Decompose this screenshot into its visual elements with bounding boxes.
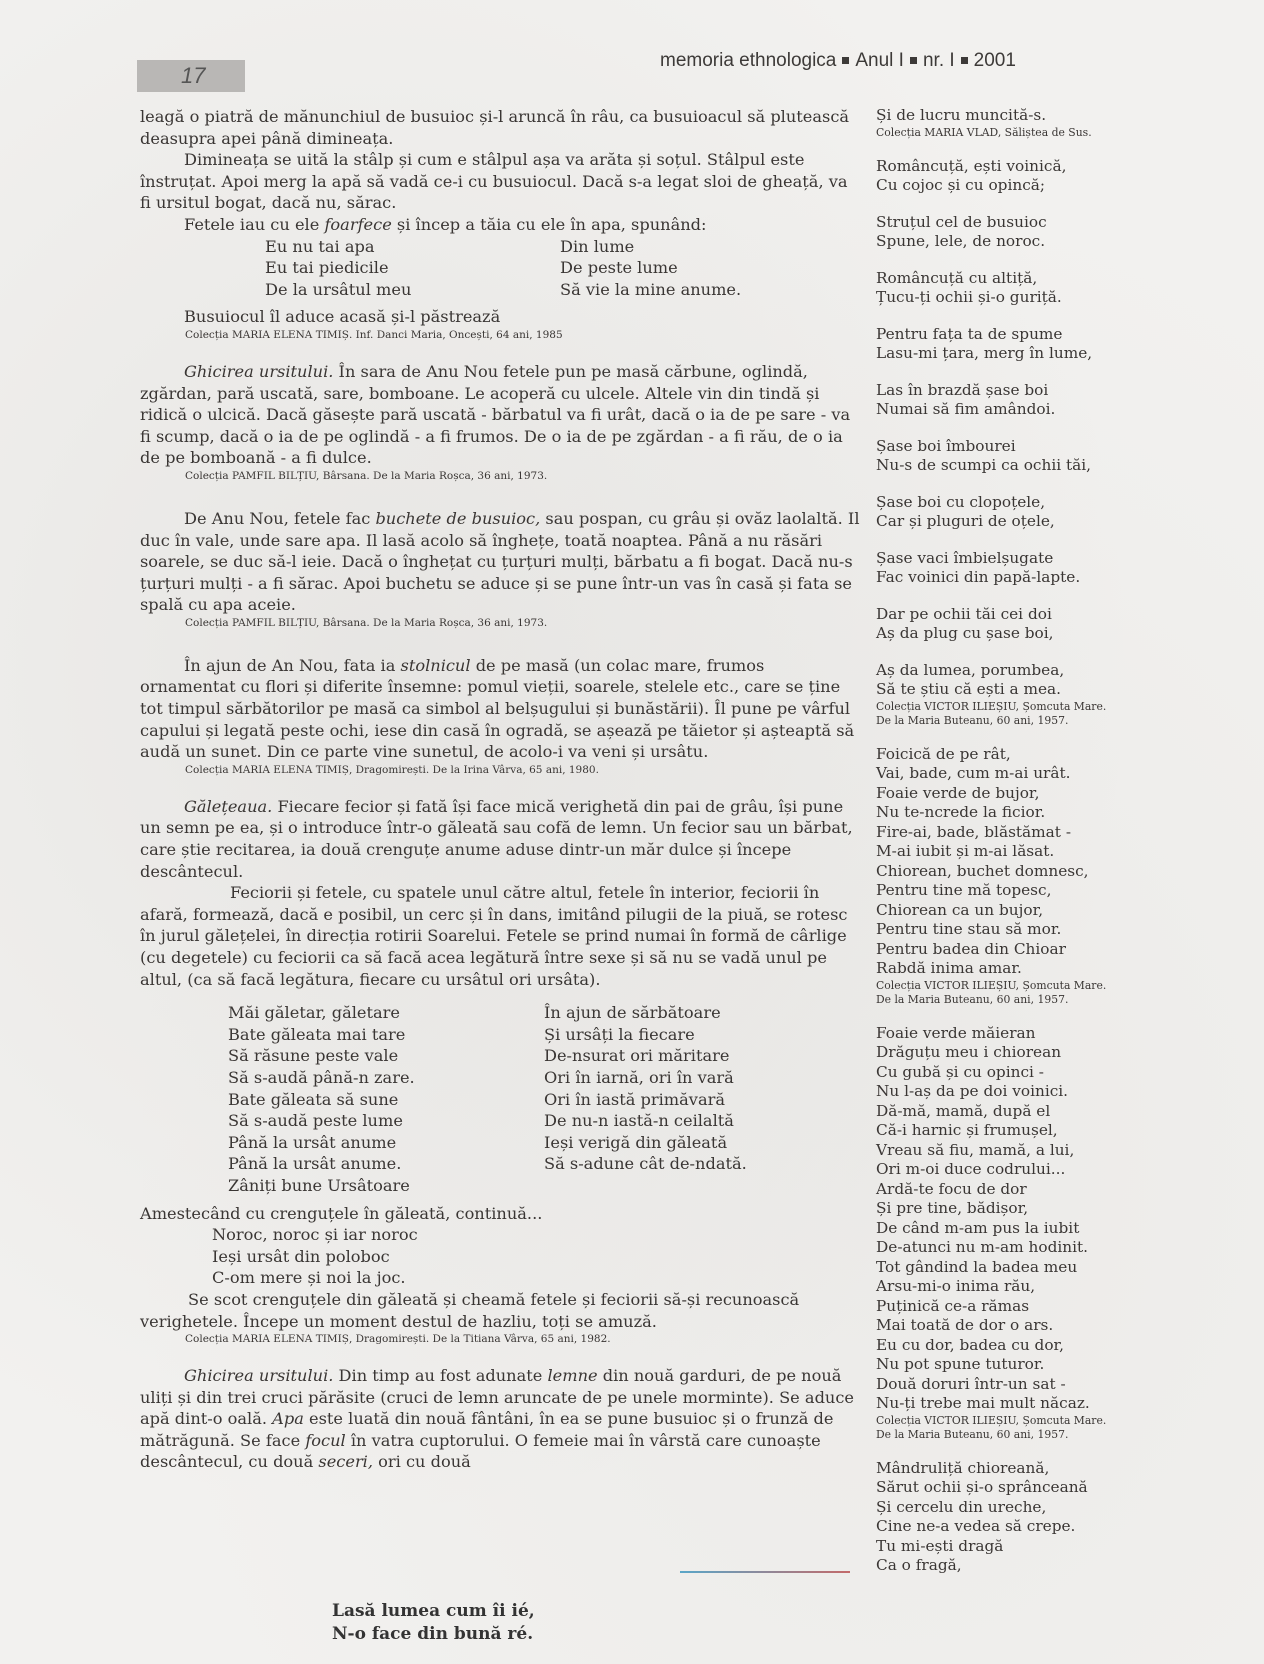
verse-line: Struțul cel de busuioc [876, 213, 1206, 233]
verse-line: Bate găleata mai tare [228, 1024, 544, 1046]
verse-line: Până la ursât anume [228, 1132, 544, 1154]
verse-line: Până la ursât anume. [228, 1153, 544, 1175]
year-label: 2001 [974, 50, 1016, 71]
paragraph: De Anu Nou, fetele fac buchete de busuio… [140, 508, 860, 616]
text: ori cu două [373, 1452, 471, 1471]
stanza: Șase vaci îmbielșugate Fac voinici din p… [876, 549, 1206, 588]
paragraph: Dimineața se uită la stâlp și cum e stâl… [140, 149, 860, 214]
verse-line: Ieși ursât din poloboc [212, 1246, 860, 1268]
paragraph: În ajun de An Nou, fata ia stolnicul de … [140, 655, 860, 763]
paragraph: Ghicirea ursitului. În sara de Anu Nou f… [140, 361, 860, 469]
verse-line: Măi găletar, găletare [228, 1002, 544, 1024]
verse-line: Rabdă inima amar. [876, 959, 1206, 979]
verse-line: Cu gubă și cu opinci - [876, 1063, 1206, 1083]
verse-line: Eu cu dor, badea cu dor, [876, 1336, 1206, 1356]
verse-line: Noroc, noroc și iar noroc [212, 1224, 860, 1246]
verse-line: Mândruliță chioreană, [876, 1459, 1206, 1479]
section-title: Gălețeaua. [184, 797, 272, 816]
verse-line: Pentru tine mă topesc, [876, 881, 1206, 901]
verse-line: Zâniți bune Ursâtoare [228, 1175, 544, 1197]
bullet-square-icon [842, 57, 849, 64]
verse-line: Și ursâți la fiecare [544, 1024, 860, 1046]
source-citation: Colecția VICTOR ILIEȘIU, Șomcuta Mare. [876, 979, 1206, 993]
motto-line: Lasă lumea cum îi ié, [332, 1600, 535, 1623]
verse-line: Să s-adune cât de-ndată. [544, 1153, 860, 1175]
verse-line: Ori în iarnă, ori în vară [544, 1067, 860, 1089]
source-citation: Colecția MARIA ELENA TIMIȘ, Dragomirești… [185, 1332, 860, 1347]
paragraph: Amestecând cu crenguțele în găleată, con… [140, 1203, 860, 1225]
paragraph: Se scot crenguțele din găleată și cheamă… [140, 1289, 860, 1332]
verse-line: Ori în iastă primăvară [544, 1089, 860, 1111]
verse-line: Sărut ochii și-o sprânceană [876, 1478, 1206, 1498]
separator-rule [680, 1571, 850, 1573]
verse-line: Fac voinici din papă-lapte. [876, 568, 1206, 588]
stanza: Șase boi îmbourei Nu-s de scumpi ca ochi… [876, 437, 1206, 476]
paragraph: Fetele iau cu ele foarfece și încep a tă… [140, 214, 860, 236]
verse-line: Să s-audă peste lume [228, 1110, 544, 1132]
stanza: Pentru fața ta de spume Lasu-mi țara, me… [876, 325, 1206, 364]
source-citation: Colecția MARIA ELENA TIMIȘ, Dragomirești… [185, 763, 860, 778]
verse-line: De când m-am pus la iubit [876, 1219, 1206, 1239]
verse-line: Aș da plug cu șase boi, [876, 624, 1206, 644]
source-citation: De la Maria Buteanu, 60 ani, 1957. [876, 993, 1206, 1007]
verse-line: Nu l-aș da pe doi voinici. [876, 1082, 1206, 1102]
emphasis: stolnicul [401, 656, 471, 675]
source-citation: Colecția PAMFIL BILȚIU, Bârsana. De la M… [185, 469, 860, 484]
verse-line: Numai să fim amândoi. [876, 400, 1206, 420]
verse-line: Țucu-ți ochii și-o guriță. [876, 288, 1206, 308]
verse-line: De peste lume [560, 257, 855, 279]
verse-line: De la ursâtul meu [265, 279, 560, 301]
verse-line: Și de lucru muncită-s. [876, 106, 1206, 126]
stanza: Și de lucru muncită-s. Colecția MARIA VL… [876, 106, 1206, 140]
verse-line: Las în brazdă șase boi [876, 381, 1206, 401]
motto-block: Lasă lumea cum îi ié, N-o face din bună … [332, 1600, 535, 1646]
verse-line: Două doruri într-un sat - [876, 1375, 1206, 1395]
source-citation: Colecția MARIA VLAD, Săliștea de Sus. [876, 126, 1206, 140]
text: De Anu Nou, fetele fac [184, 509, 375, 528]
section-title: Ghicirea ursitului. [184, 1366, 333, 1385]
verse-line: Ardă-te focu de dor [876, 1180, 1206, 1200]
text: și încep a tăia cu ele în apa, spunând: [392, 215, 707, 234]
running-header: memoria ethnologicaAnul Inr. I2001 [660, 50, 1016, 72]
verse-line: Cine ne-a vedea să crepe. [876, 1517, 1206, 1537]
verse-line: C-om mere și noi la joc. [212, 1267, 860, 1289]
verse-line: Ca o fragă, [876, 1556, 1206, 1576]
stanza: Mândruliță chioreană, Sărut ochii și-o s… [876, 1459, 1206, 1576]
text: În ajun de An Nou, fata ia [184, 656, 401, 675]
emphasis: seceri, [318, 1452, 373, 1471]
emphasis: foarfece [324, 215, 391, 234]
journal-title: memoria ethnologica [660, 50, 836, 71]
verse-line: De nu-n iastă-n ceilaltă [544, 1110, 860, 1132]
verse-line: Eu nu tai apa [265, 236, 560, 258]
verse-line: Dă-mă, mamă, după el [876, 1102, 1206, 1122]
verse-line: Mai toată de dor o ars. [876, 1316, 1206, 1336]
journal-page: 17 memoria ethnologicaAnul Inr. I2001 le… [0, 0, 1264, 1664]
verse-line: Tot gândind la badea meu [876, 1258, 1206, 1278]
verse-line: Nu-ți trebe mai mult năcaz. [876, 1394, 1206, 1414]
verse-line: Cu cojoc și cu opincă; [876, 176, 1206, 196]
motto-line: N-o face din bună ré. [332, 1623, 535, 1646]
verse-line: Puținică ce-a rămas [876, 1297, 1206, 1317]
verse-line: Lasu-mi țara, merg în lume, [876, 344, 1206, 364]
source-citation: Colecția VICTOR ILIEȘIU, Șomcuta Mare. [876, 700, 1206, 714]
verse-line: Româncuță, ești voinică, [876, 157, 1206, 177]
verse-line: Că-i harnic și frumușel, [876, 1121, 1206, 1141]
verse-line: Și cercelu din ureche, [876, 1498, 1206, 1518]
verse-line: Ori m-oi duce codrului... [876, 1160, 1206, 1180]
verse-line: Pentru badea din Chioar [876, 940, 1206, 960]
verse-line: Din lume [560, 236, 855, 258]
source-citation: Colecția PAMFIL BILȚIU, Bârsana. De la M… [185, 616, 860, 631]
text: Fetele iau cu ele [184, 215, 324, 234]
verse-line: Drăguțu meu i chiorean [876, 1043, 1206, 1063]
source-citation: Colecția MARIA ELENA TIMIȘ. Inf. Danci M… [185, 328, 860, 343]
stanza: Româncuță cu altiță, Țucu-ți ochii și-o … [876, 269, 1206, 308]
emphasis: buchete de busuioc, [375, 509, 540, 528]
verse-line: Pentru tine stau să mor. [876, 920, 1206, 940]
verse-line: Ieși verigă din găleată [544, 1132, 860, 1154]
stanza: Las în brazdă șase boi Numai să fim amân… [876, 381, 1206, 420]
verse-line: Foaie verde măieran [876, 1024, 1206, 1044]
stanza: Struțul cel de busuioc Spune, lele, de n… [876, 213, 1206, 252]
verse-line: Tu mi-ești dragă [876, 1537, 1206, 1557]
verse-line: Româncuță cu altiță, [876, 269, 1206, 289]
source-citation: De la Maria Buteanu, 60 ani, 1957. [876, 714, 1206, 728]
page-number: 17 [137, 60, 245, 92]
verse-line: Dar pe ochii tăi cei doi [876, 605, 1206, 625]
section-title: Ghicirea ursitului. [184, 362, 333, 381]
stanza: Foaie verde măieran Drăguțu meu i chiore… [876, 1024, 1206, 1442]
verse-line: De-atunci nu m-am hodinit. [876, 1238, 1206, 1258]
verse-line: Să s-audă până-n zare. [228, 1067, 544, 1089]
source-citation: De la Maria Buteanu, 60 ani, 1957. [876, 1428, 1206, 1442]
bullet-square-icon [961, 57, 968, 64]
verse-line: Vreau să fiu, mamă, a lui, [876, 1141, 1206, 1161]
verse-line: Șase vaci îmbielșugate [876, 549, 1206, 569]
paragraph: Feciorii și fetele, cu spatele unul cătr… [140, 882, 860, 990]
verse-line: Șase boi îmbourei [876, 437, 1206, 457]
text: Din timp au fost adunate [333, 1366, 547, 1385]
verse-line: M-ai iubit și m-ai lăsat. [876, 842, 1206, 862]
bullet-square-icon [910, 57, 917, 64]
stanza: Foicică de pe rât, Vai, bade, cum m-ai u… [876, 745, 1206, 1007]
paragraph: Ghicirea ursitului. Din timp au fost adu… [140, 1365, 860, 1473]
verse-line: Foaie verde de bujor, [876, 784, 1206, 804]
verse-line: Pentru fața ta de spume [876, 325, 1206, 345]
verse-line: Arsu-mi-o inima rău, [876, 1277, 1206, 1297]
issue-label: nr. I [923, 50, 955, 71]
emphasis: lemne [547, 1366, 597, 1385]
verse-line: Spune, lele, de noroc. [876, 232, 1206, 252]
verse-line: Fire-ai, bade, blăstămat - [876, 823, 1206, 843]
volume-label: Anul I [855, 50, 904, 71]
emphasis: Apa [272, 1409, 304, 1428]
stanza: Șase boi cu clopoțele, Car și pluguri de… [876, 493, 1206, 532]
verse-block: Eu nu tai apa Eu tai piedicile De la urs… [265, 236, 860, 301]
verse-block: Măi găletar, găletare Bate găleata mai t… [228, 1002, 860, 1196]
paragraph: Busuiocul îl aduce acasă și-l păstrează [140, 306, 860, 328]
verse-line: Foicică de pe rât, [876, 745, 1206, 765]
verse-line: Să răsune peste vale [228, 1045, 544, 1067]
verse-line: Nu pot spune tuturor. [876, 1355, 1206, 1375]
verse-line: Nu te-ncrede la ficior. [876, 803, 1206, 823]
emphasis: focul [305, 1431, 345, 1450]
verse-line: De-nsurat ori măritare [544, 1045, 860, 1067]
paragraph: leagă o piatră de mănunchiul de busuioc … [140, 106, 860, 149]
stanza: Dar pe ochii tăi cei doi Aș da plug cu ș… [876, 605, 1206, 644]
verse-line: Car și pluguri de oțele, [876, 512, 1206, 532]
verse-line: Să vie la mine anume. [560, 279, 855, 301]
verse-line: În ajun de sărbătoare [544, 1002, 860, 1024]
verse-line: Bate găleata să sune [228, 1089, 544, 1111]
main-text-column: leagă o piatră de mănunchiul de busuioc … [140, 106, 860, 1473]
verse-line: Chiorean ca un bujor, [876, 901, 1206, 921]
stanza: Româncuță, ești voinică, Cu cojoc și cu … [876, 157, 1206, 196]
verse-line: Și pre tine, bădișor, [876, 1199, 1206, 1219]
verse-line: Vai, bade, cum m-ai urât. [876, 764, 1206, 784]
paragraph: Gălețeaua. Fiecare fecior și fată își fa… [140, 796, 860, 882]
verse-line: Nu-s de scumpi ca ochii tăi, [876, 456, 1206, 476]
verse-line: Chiorean, buchet domnesc, [876, 862, 1206, 882]
stanza: Aș da lumea, porumbea, Să te știu că eșt… [876, 661, 1206, 728]
verse-line: Să te știu că ești a mea. [876, 680, 1206, 700]
verse-line: Aș da lumea, porumbea, [876, 661, 1206, 681]
verse-line: Șase boi cu clopoțele, [876, 493, 1206, 513]
poem-column: Și de lucru muncită-s. Colecția MARIA VL… [876, 106, 1206, 1593]
verse-line: Eu tai piedicile [265, 257, 560, 279]
source-citation: Colecția VICTOR ILIEȘIU, Șomcuta Mare. [876, 1414, 1206, 1428]
